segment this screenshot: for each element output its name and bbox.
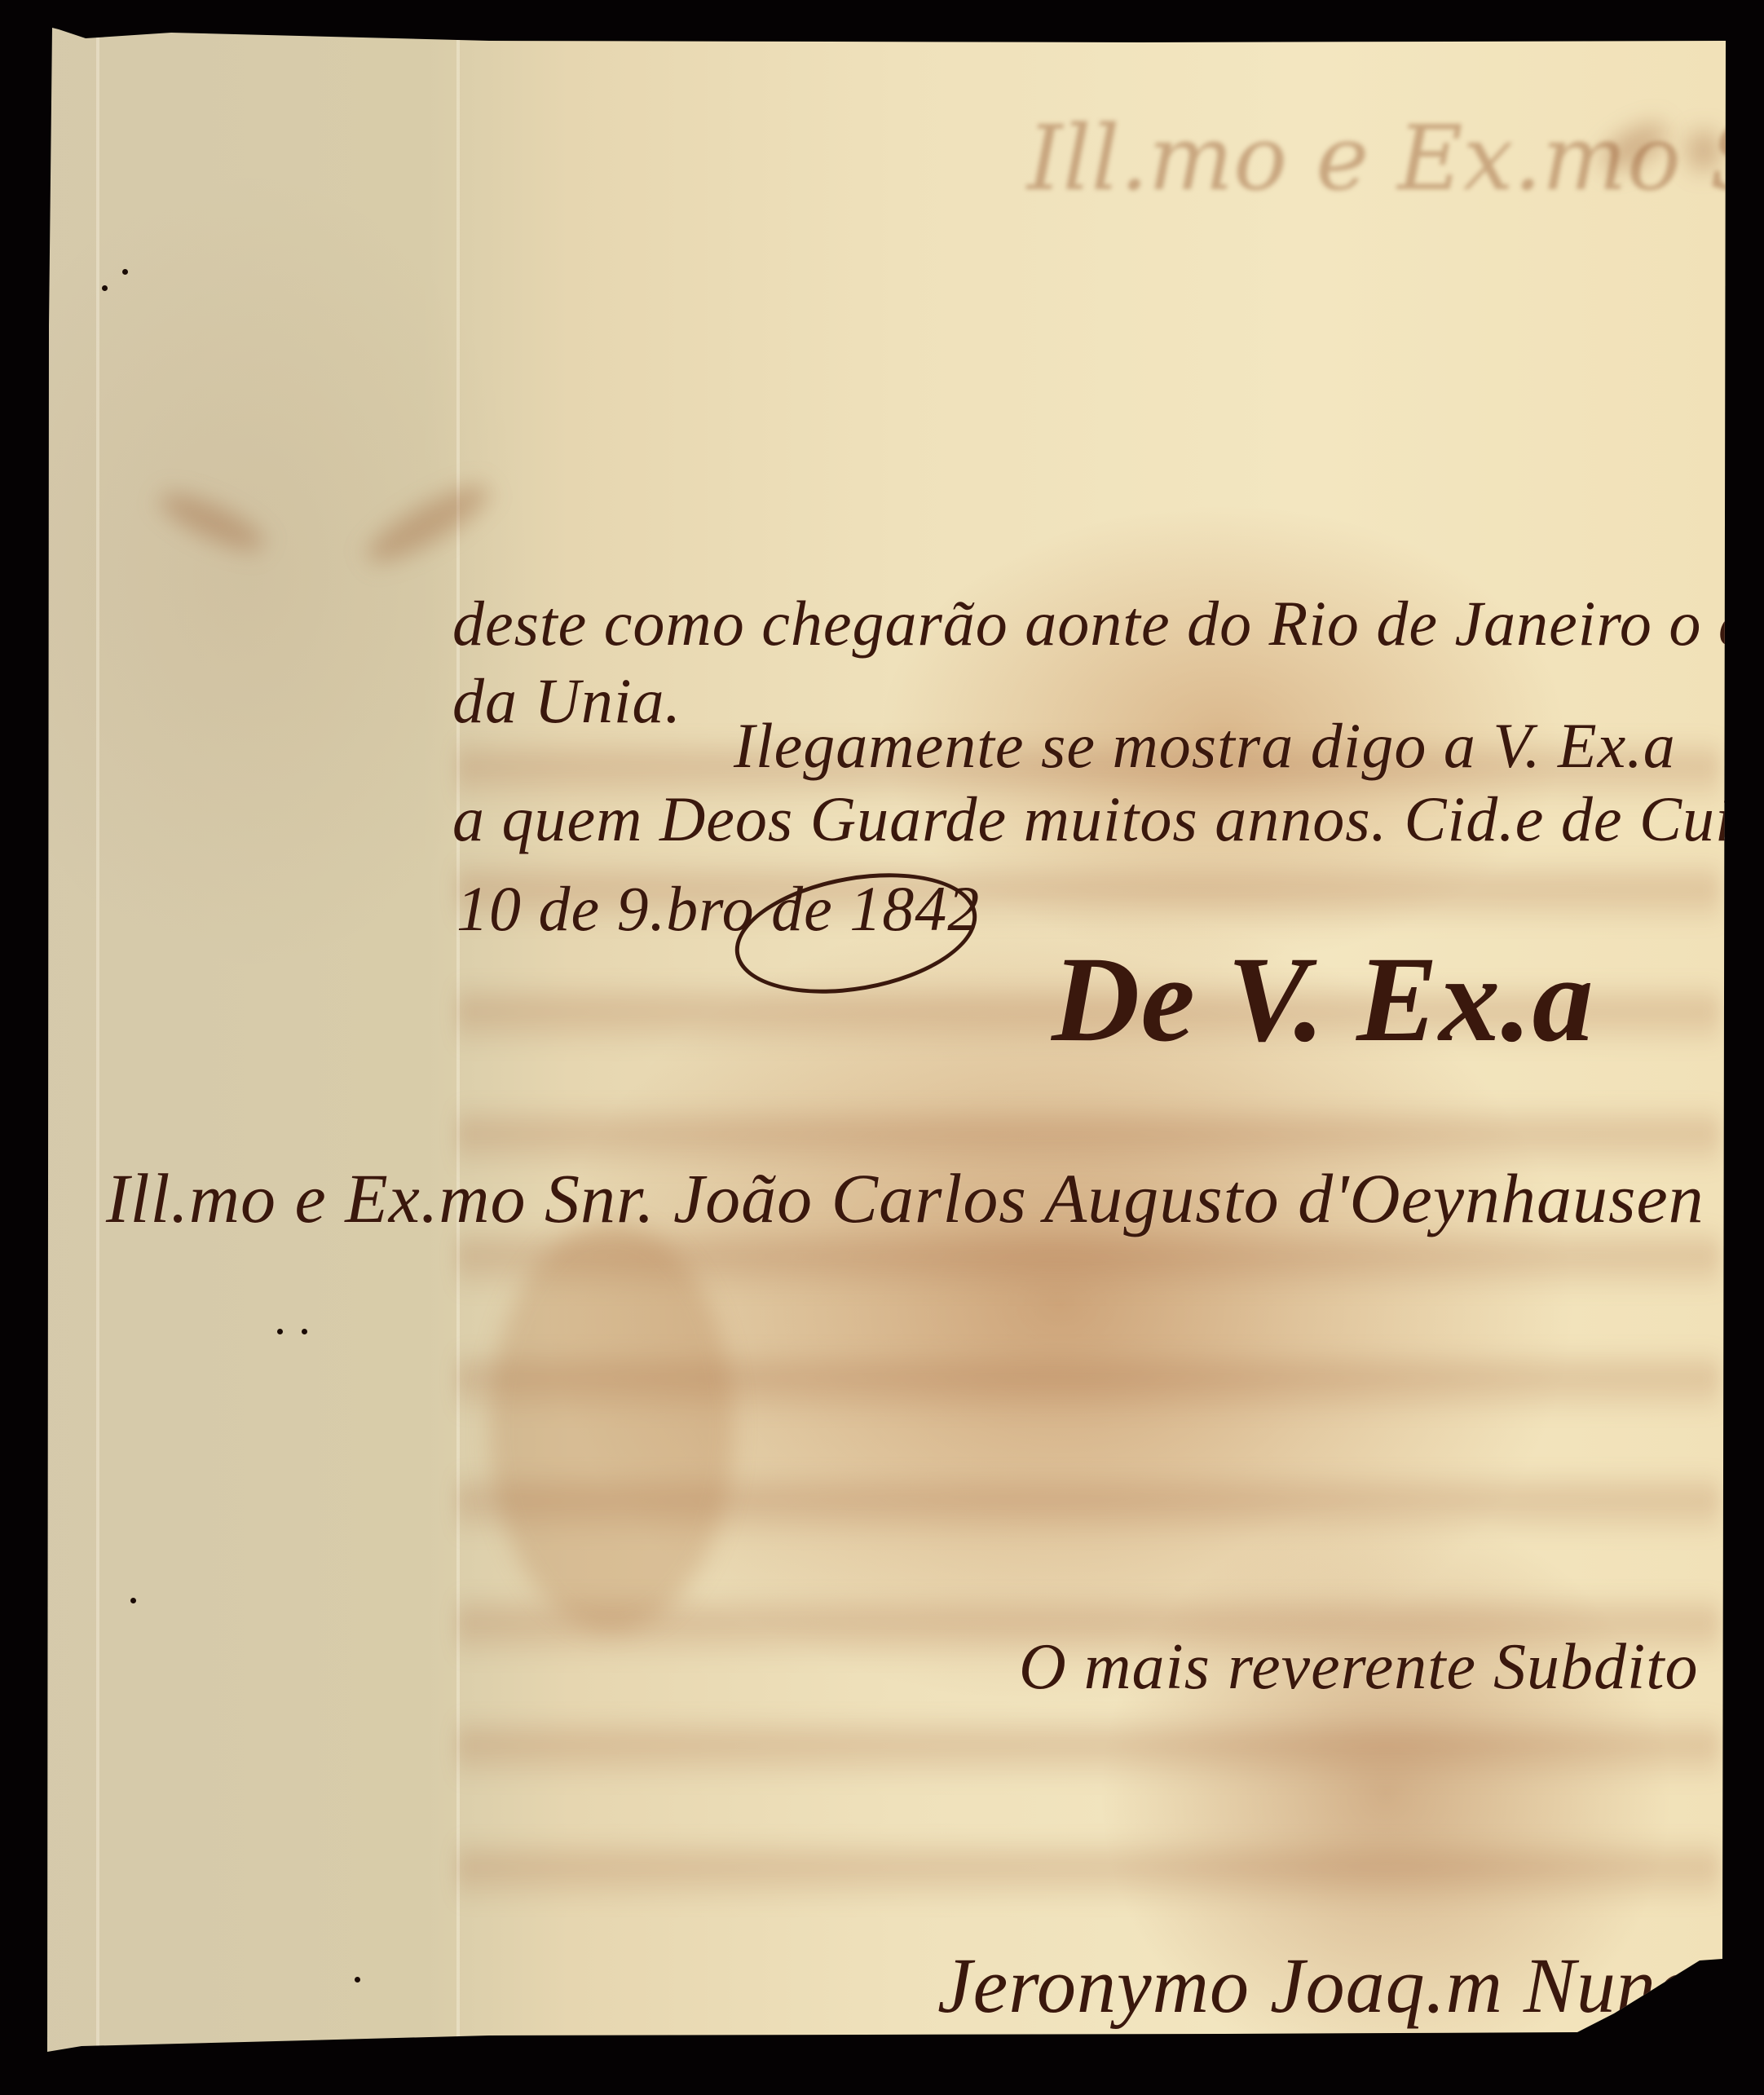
ink-stain (153, 483, 271, 560)
paper-sheet: Ill.mo e Ex.mo Snr. deste como chegarão … (0, 0, 1764, 2095)
document-photo: Ill.mo e Ex.mo Snr. deste como chegarão … (0, 0, 1764, 2095)
addressee-line: Ill.mo e Ex.mo Snr. João Carlos Augusto … (106, 1158, 1704, 1239)
paper-speck (355, 1977, 360, 1983)
paper-speck (277, 1329, 283, 1334)
bleed-through-heading: Ill.mo e Ex.mo Snr. (1027, 106, 1764, 210)
fold-line (96, 33, 99, 2046)
valediction: De V. Ex.a (1052, 929, 1594, 1070)
letter-line-2: da Unia. (452, 664, 681, 738)
paper-speck (122, 269, 128, 275)
letter-line-1: deste como chegarão aonte do Rio de Jane… (452, 587, 1764, 660)
letter-line-4: a quem Deos Guarde muitos annos. Cid.e d… (452, 783, 1764, 856)
paper-speck (302, 1329, 307, 1334)
ink-stain (359, 474, 497, 575)
stain-area (489, 1223, 734, 1630)
paper-speck (102, 285, 108, 291)
signature: Jeronymo Joaq.m Nunes (937, 1940, 1723, 2031)
closing-line: O mais reverente Subdito (1019, 1630, 1698, 1705)
letter-line-3: Ilegamente se mostra digo a V. Ex.a (734, 709, 1676, 783)
paper-speck (130, 1598, 136, 1603)
